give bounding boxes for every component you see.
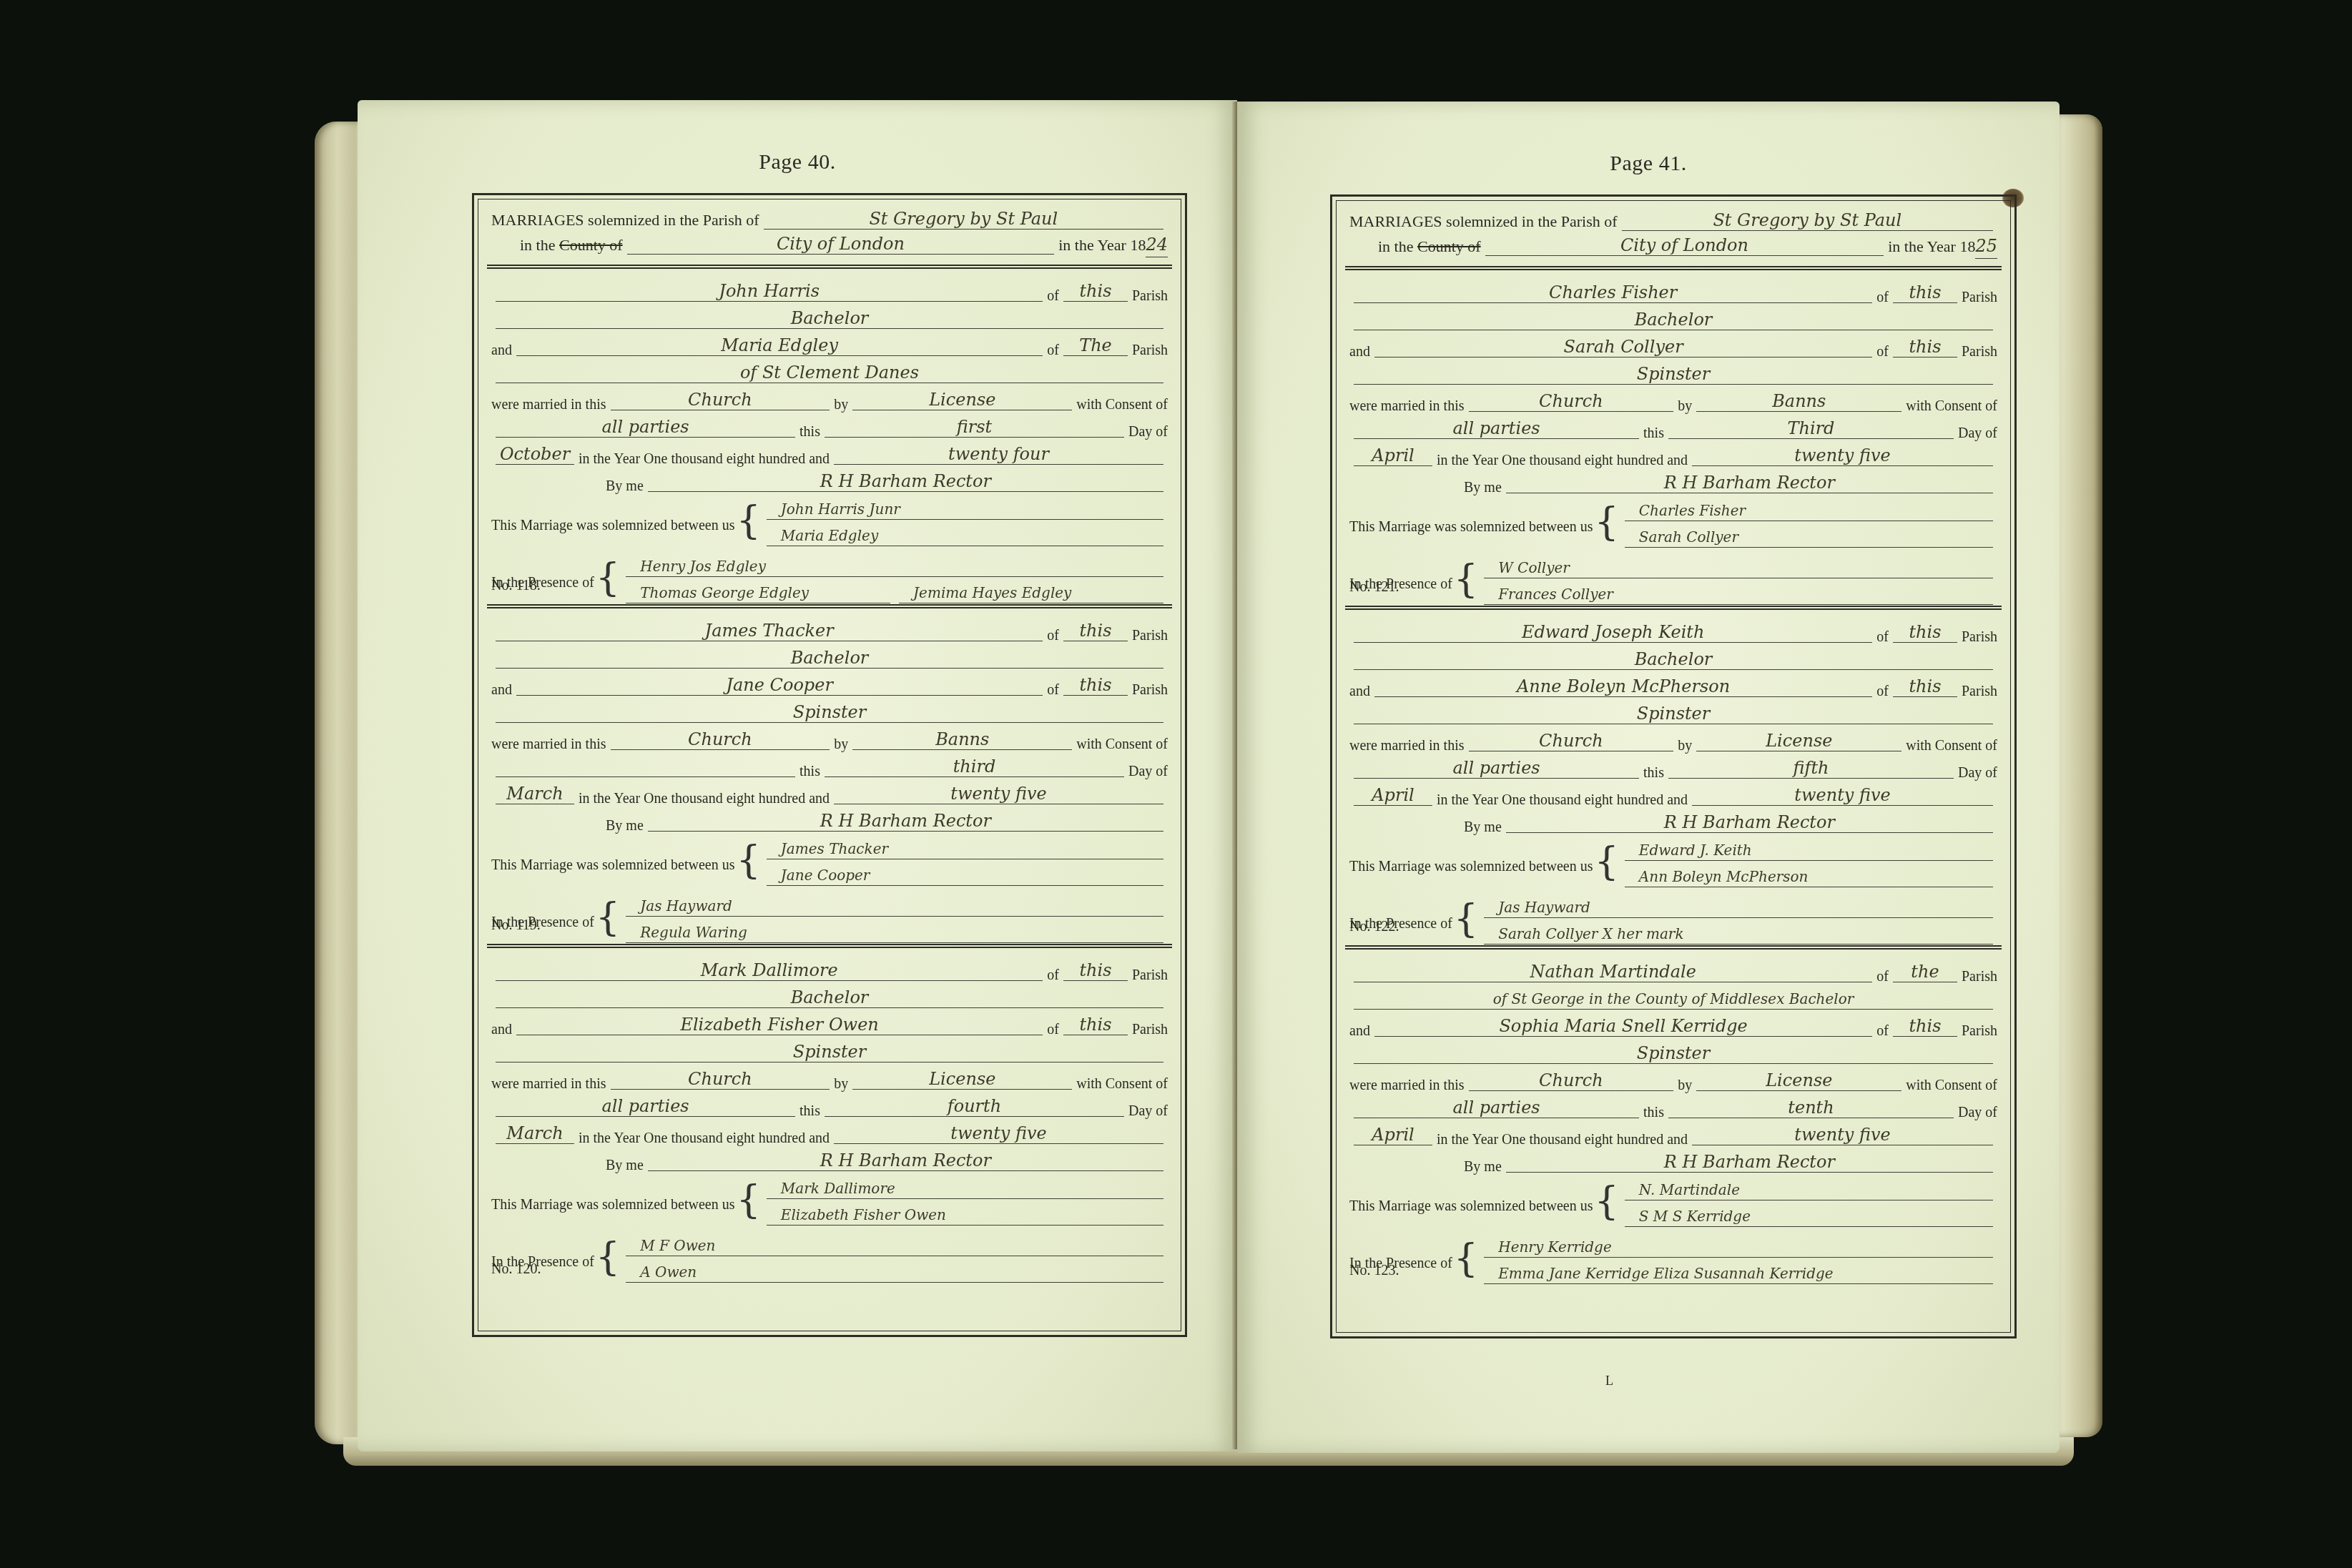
county-prefix: in the (520, 233, 556, 257)
groom-name: John Harris (496, 281, 1043, 302)
label-of: of (1047, 682, 1059, 699)
label-solemnized: This Marriage was solemnized between us (491, 1178, 734, 1231)
consent: all parties (1354, 418, 1639, 439)
label-parish: Parish (1132, 288, 1168, 305)
left-page: Page 40. MARRIAGES solemnized in the Par… (358, 100, 1237, 1451)
register-header: MARRIAGES solemnized in the Parish of St… (1345, 205, 2002, 270)
officiant: R H Barham Rector (648, 1150, 1163, 1171)
header-prefix: MARRIAGES solemnized in the Parish of (1349, 209, 1618, 234)
bride-parish: this (1893, 676, 1957, 697)
consent: all parties (1354, 1098, 1639, 1118)
register-form: MARRIAGES solemnized in the Parish of St… (472, 193, 1187, 1337)
label-parish: Parish (1962, 344, 1997, 360)
open-register-book: Page 40. MARRIAGES solemnized in the Par… (315, 93, 2102, 1466)
groom-signature: N. Martindale (1625, 1180, 1993, 1200)
label-parish: Parish (1962, 1023, 1997, 1040)
bride-parish: The (1063, 335, 1128, 356)
day: fourth (825, 1096, 1124, 1117)
groom-signature: James Thacker (767, 839, 1163, 859)
label-this: this (1643, 765, 1664, 781)
label-of: of (1047, 628, 1059, 644)
label-consent: with Consent of (1906, 738, 1997, 754)
label-consent: with Consent of (1076, 1076, 1168, 1093)
place: Church (611, 729, 830, 750)
label-by-me: By me (606, 818, 644, 834)
witness-3: Jemima Hayes Edgley (899, 583, 1163, 603)
by-method: License (1696, 1070, 1901, 1091)
label-this: this (1643, 425, 1664, 442)
label-solemnized: This Marriage was solemnized between us (1349, 840, 1593, 893)
groom-parish: this (1063, 281, 1128, 302)
label-by: by (834, 397, 848, 413)
label-by-me: By me (1464, 480, 1502, 496)
label-by: by (834, 1076, 848, 1093)
label-consent: with Consent of (1906, 1078, 1997, 1094)
brace-icon: { (596, 1236, 620, 1288)
label-of: of (1047, 288, 1059, 305)
bride-status: of St Clement Danes (496, 363, 1163, 383)
entry-number: No. 123. (1349, 1263, 1399, 1279)
entry-number: No. 120. (491, 1261, 541, 1278)
label-consent: with Consent of (1076, 397, 1168, 413)
label-by: by (1678, 398, 1692, 415)
label-this: this (1643, 1105, 1664, 1121)
marriage-entry: Nathan MartindaleoftheParish of St Georg… (1345, 950, 2002, 1289)
brace-icon: { (736, 1178, 760, 1231)
bride-name: Elizabeth Fisher Owen (516, 1015, 1043, 1035)
consent: all parties (496, 1096, 795, 1117)
day: fifth (1668, 758, 1954, 779)
bride-signature: Elizabeth Fisher Owen (767, 1205, 1163, 1226)
label-this: this (799, 1103, 820, 1120)
parish-name: St Gregory by St Paul (764, 209, 1163, 230)
year-suffix: 25 (1975, 234, 1997, 259)
label-of: of (1876, 969, 1889, 985)
groom-status: Bachelor (1354, 649, 1993, 670)
witness-2: Sarah Collyer X her mark (1484, 924, 1993, 945)
year-words: twenty five (1692, 785, 1993, 806)
witness-1: W Collyer (1484, 558, 1993, 578)
groom-signature: Edward J. Keith (1625, 840, 1993, 861)
marriage-entry: Charles FisherofthisParish Bachelor andS… (1345, 270, 2002, 610)
label-parish: Parish (1132, 967, 1168, 984)
witness-2: Frances Collyer (1484, 584, 1993, 605)
label-day-of: Day of (1128, 1103, 1168, 1120)
consent: all parties (1354, 758, 1639, 779)
witness-1: Jas Hayward (626, 896, 1163, 917)
groom-parish: this (1063, 621, 1128, 641)
bride-parish: this (1063, 1015, 1128, 1035)
bride-signature: Sarah Collyer (1625, 527, 1993, 548)
brace-icon: { (1454, 558, 1478, 611)
label-married-in: were married in this (1349, 398, 1465, 415)
witness-1: Jas Hayward (1484, 897, 1993, 918)
entry-number: No. 119. (491, 917, 541, 934)
header-prefix: MARRIAGES solemnized in the Parish of (491, 208, 759, 232)
groom-name: Mark Dallimore (496, 960, 1043, 981)
label-day-of: Day of (1958, 765, 1997, 781)
label-this: this (799, 424, 820, 440)
label-by-me: By me (606, 478, 644, 495)
label-of: of (1876, 344, 1889, 360)
brace-icon: { (1594, 1180, 1618, 1233)
right-page-stack-edge (2060, 114, 2102, 1437)
witness-1: Henry Kerridge (1484, 1237, 1993, 1258)
groom-status: Bachelor (496, 987, 1163, 1008)
label-consent: with Consent of (1076, 736, 1168, 753)
officiant: R H Barham Rector (648, 471, 1163, 492)
entry-number: No. 121. (1349, 579, 1399, 596)
label-parish: Parish (1962, 629, 1997, 646)
label-married-in: were married in this (491, 736, 606, 753)
officiant: R H Barham Rector (1506, 473, 1993, 493)
label-and: and (491, 682, 512, 699)
label-and: and (1349, 1023, 1370, 1040)
label-solemnized: This Marriage was solemnized between us (1349, 501, 1593, 553)
label-solemnized: This Marriage was solemnized between us (1349, 1180, 1593, 1233)
bride-status: Spinster (496, 702, 1163, 723)
label-of: of (1047, 342, 1059, 359)
month: March (496, 784, 574, 804)
month: April (1354, 785, 1432, 806)
groom-signature: Charles Fisher (1625, 501, 1993, 521)
year-words: twenty five (1692, 1125, 1993, 1145)
label-of: of (1876, 629, 1889, 646)
label-of: of (1876, 684, 1889, 700)
by-method: Banns (1696, 391, 1901, 412)
label-year-text: in the Year One thousand eight hundred a… (1437, 453, 1688, 469)
by-method: License (852, 1069, 1072, 1090)
brace-icon: { (596, 556, 620, 609)
groom-status: Bachelor (496, 308, 1163, 329)
brace-icon: { (1454, 1237, 1478, 1290)
month: April (1354, 1125, 1432, 1145)
place: Church (1469, 391, 1674, 412)
label-of: of (1047, 967, 1059, 984)
year-words: twenty four (834, 444, 1163, 465)
parish-name: St Gregory by St Paul (1622, 210, 1993, 231)
witness-2: Emma Jane Kerridge Eliza Susannah Kerrid… (1484, 1263, 1993, 1284)
label-day-of: Day of (1128, 424, 1168, 440)
entry-number: No. 122. (1349, 919, 1399, 935)
label-year-text: in the Year One thousand eight hundred a… (1437, 1132, 1688, 1148)
day: tenth (1668, 1098, 1954, 1118)
day: third (825, 756, 1124, 777)
label-solemnized: This Marriage was solemnized between us (491, 839, 734, 892)
groom-name: Nathan Martindale (1354, 962, 1872, 982)
groom-parish: this (1063, 960, 1128, 981)
right-page: Page 41. MARRIAGES solemnized in the Par… (1237, 102, 2060, 1453)
groom-status: Bachelor (1354, 310, 1993, 330)
year-words: twenty five (1692, 445, 1993, 466)
groom-signature: John Harris Junr (767, 499, 1163, 520)
place: Church (611, 390, 830, 410)
year-prefix: in the Year 18 (1058, 233, 1146, 257)
bride-signature: S M S Kerridge (1625, 1206, 1993, 1227)
place: Church (611, 1069, 830, 1090)
place: Church (1469, 1070, 1674, 1091)
bride-signature: Jane Cooper (767, 865, 1163, 886)
groom-parish: the (1893, 962, 1957, 982)
witness-1: M F Owen (626, 1236, 1163, 1256)
label-solemnized: This Marriage was solemnized between us (491, 499, 734, 552)
label-and: and (1349, 344, 1370, 360)
label-parish: Parish (1962, 684, 1997, 700)
county-name: City of London (627, 234, 1055, 255)
bride-name: Sophia Maria Snell Kerridge (1374, 1016, 1872, 1037)
by-method: License (1696, 731, 1901, 751)
bride-name: Jane Cooper (516, 675, 1043, 696)
register-form: MARRIAGES solemnized in the Parish of St… (1330, 194, 2017, 1338)
label-day-of: Day of (1958, 1105, 1997, 1121)
label-day-of: Day of (1958, 425, 1997, 442)
groom-name: Edward Joseph Keith (1354, 622, 1872, 643)
label-this: this (799, 764, 820, 780)
groom-name: James Thacker (496, 621, 1043, 641)
bride-parish: this (1893, 337, 1957, 358)
county-name: City of London (1485, 235, 1884, 256)
witness-1: Henry Jos Edgley (626, 556, 1163, 577)
label-by: by (1678, 1078, 1692, 1094)
brace-icon: { (596, 896, 620, 949)
label-and: and (491, 342, 512, 359)
label-by: by (1678, 738, 1692, 754)
label-year-text: in the Year One thousand eight hundred a… (579, 451, 830, 468)
month: March (496, 1123, 574, 1144)
bride-name: Maria Edgley (516, 335, 1043, 356)
witness-2: Regula Waring (626, 922, 1163, 943)
year-words: twenty five (834, 1123, 1163, 1144)
groom-parish: this (1893, 282, 1957, 303)
marriage-entry: James ThackerofthisParish Bachelor andJa… (487, 608, 1172, 948)
brace-icon: { (736, 499, 760, 552)
month: October (496, 444, 574, 465)
bride-signature: Maria Edgley (767, 526, 1163, 546)
witness-2: A Owen (626, 1262, 1163, 1283)
label-married-in: were married in this (491, 1076, 606, 1093)
label-parish: Parish (1132, 1022, 1168, 1038)
by-method: License (852, 390, 1072, 410)
label-and: and (491, 1022, 512, 1038)
groom-name: Charles Fisher (1354, 282, 1872, 303)
groom-status: Bachelor (496, 648, 1163, 669)
county-struck: County of (1417, 235, 1481, 259)
label-married-in: were married in this (1349, 1078, 1465, 1094)
label-parish: Parish (1132, 342, 1168, 359)
label-by: by (834, 736, 848, 753)
label-of: of (1876, 290, 1889, 306)
brace-icon: { (1594, 840, 1618, 893)
brace-icon: { (1594, 501, 1618, 553)
label-of: of (1047, 1022, 1059, 1038)
bride-name: Anne Boleyn McPherson (1374, 676, 1872, 697)
day: Third (1668, 418, 1954, 439)
witness-2: Thomas George Edgley (626, 583, 890, 603)
year-prefix: in the Year 18 (1888, 235, 1975, 259)
page-number: Page 40. (358, 150, 1237, 174)
register-header: MARRIAGES solemnized in the Parish of St… (487, 204, 1172, 269)
bride-parish: this (1893, 1016, 1957, 1037)
county-struck: County of (559, 233, 623, 257)
label-married-in: were married in this (1349, 738, 1465, 754)
brace-icon: { (736, 839, 760, 892)
label-parish: Parish (1132, 682, 1168, 699)
bride-status: Spinster (1354, 364, 1993, 385)
label-of: of (1876, 1023, 1889, 1040)
groom-signature: Mark Dallimore (767, 1178, 1163, 1199)
day: first (825, 417, 1124, 438)
year-words: twenty five (834, 784, 1163, 804)
label-married-in: were married in this (491, 397, 606, 413)
month: April (1354, 445, 1432, 466)
bride-signature: Ann Boleyn McPherson (1625, 867, 1993, 887)
place: Church (1469, 731, 1674, 751)
page-number: Page 41. (1237, 152, 2060, 176)
label-by-me: By me (1464, 1159, 1502, 1175)
folio-signature-mark: L (1605, 1374, 1613, 1389)
bride-name: Sarah Collyer (1374, 337, 1872, 358)
officiant: R H Barham Rector (1506, 1152, 1993, 1173)
label-day-of: Day of (1128, 764, 1168, 780)
label-parish: Parish (1962, 290, 1997, 306)
brace-icon: { (1454, 897, 1478, 950)
county-prefix: in the (1378, 235, 1414, 259)
consent (496, 756, 795, 777)
groom-status: of St George in the County of Middlesex … (1354, 989, 1993, 1010)
label-year-text: in the Year One thousand eight hundred a… (579, 791, 830, 807)
officiant: R H Barham Rector (648, 811, 1163, 832)
groom-parish: this (1893, 622, 1957, 643)
label-and: and (1349, 684, 1370, 700)
label-by-me: By me (606, 1158, 644, 1174)
label-consent: with Consent of (1906, 398, 1997, 415)
label-parish: Parish (1962, 969, 1997, 985)
officiant: R H Barham Rector (1506, 812, 1993, 833)
consent: all parties (496, 417, 795, 438)
marriage-entry: Edward Joseph KeithofthisParish Bachelor… (1345, 610, 2002, 950)
entry-number: No. 118. (491, 578, 541, 594)
marriage-entry: Mark DallimoreofthisParish Bachelor andE… (487, 948, 1172, 1288)
label-by-me: By me (1464, 819, 1502, 836)
bride-status: Spinster (1354, 704, 1993, 724)
marriage-entry: John HarrisofthisParish Bachelor andMari… (487, 269, 1172, 608)
label-year-text: in the Year One thousand eight hundred a… (579, 1130, 830, 1147)
year-suffix: 24 (1146, 232, 1168, 257)
label-parish: Parish (1132, 628, 1168, 644)
label-year-text: in the Year One thousand eight hundred a… (1437, 792, 1688, 809)
bride-status: Spinster (496, 1042, 1163, 1062)
bride-status: Spinster (1354, 1043, 1993, 1064)
by-method: Banns (852, 729, 1072, 750)
bride-parish: this (1063, 675, 1128, 696)
